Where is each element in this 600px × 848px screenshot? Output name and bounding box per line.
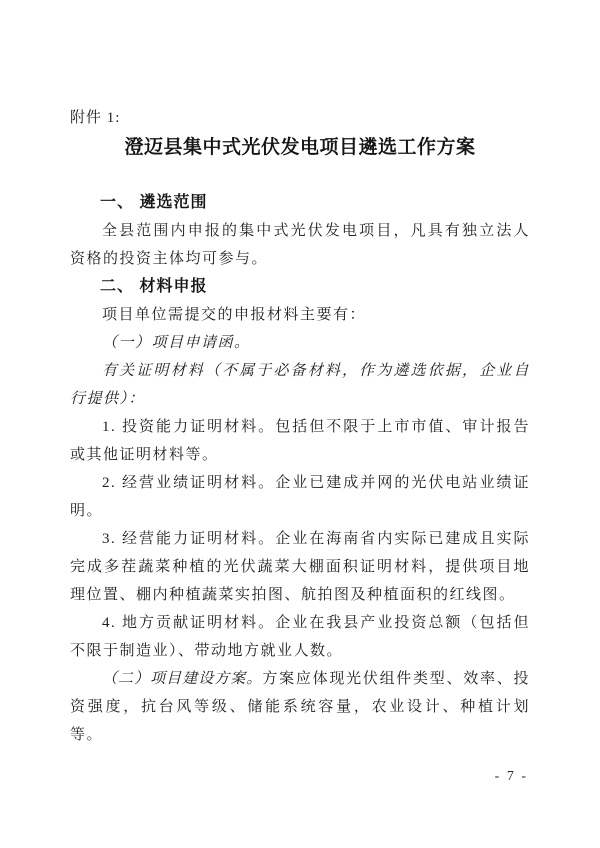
section-1-heading: 一、 遴选范围 <box>70 189 530 217</box>
material-2-operating-performance: 2. 经营业绩证明材料。企业已建成并网的光伏电站业绩证明。 <box>70 469 530 525</box>
page-number: - 7 - <box>495 766 528 788</box>
document-page: 附件 1: 澄迈县集中式光伏发电项目遴选工作方案 一、 遴选范围 全县范围内申报… <box>0 0 600 848</box>
material-1-investment-capability: 1. 投资能力证明材料。包括但不限于上市市值、审计报告或其他证明材料等。 <box>70 413 530 469</box>
attachment-label: 附件 1: <box>70 104 530 132</box>
item-1-application-letter: （一）项目申请函。 <box>70 329 530 357</box>
material-3-operating-capability: 3. 经营能力证明材料。企业在海南省内实际已建成且实际完成多茬蔬菜种植的光伏蔬菜… <box>70 525 530 609</box>
document-title: 澄迈县集中式光伏发电项目遴选工作方案 <box>70 132 530 164</box>
section-2-intro: 项目单位需提交的申报材料主要有： <box>70 301 530 329</box>
supporting-materials-note: 有关证明材料（不属于必备材料，作为遴选依据，企业自行提供）： <box>70 357 530 413</box>
item-2-construction-plan: （二）项目建设方案。方案应体现光伏组件类型、效率、投资强度，抗台风等级、储能系统… <box>70 665 530 749</box>
material-4-local-contribution: 4. 地方贡献证明材料。企业在我县产业投资总额（包括但不限于制造业）、带动地方就… <box>70 609 530 665</box>
item-2-label: （二）项目建设方案。 <box>102 671 262 687</box>
section-1-paragraph: 全县范围内申报的集中式光伏发电项目，凡具有独立法人资格的投资主体均可参与。 <box>70 217 530 273</box>
section-2-heading: 二、 材料申报 <box>70 273 530 301</box>
